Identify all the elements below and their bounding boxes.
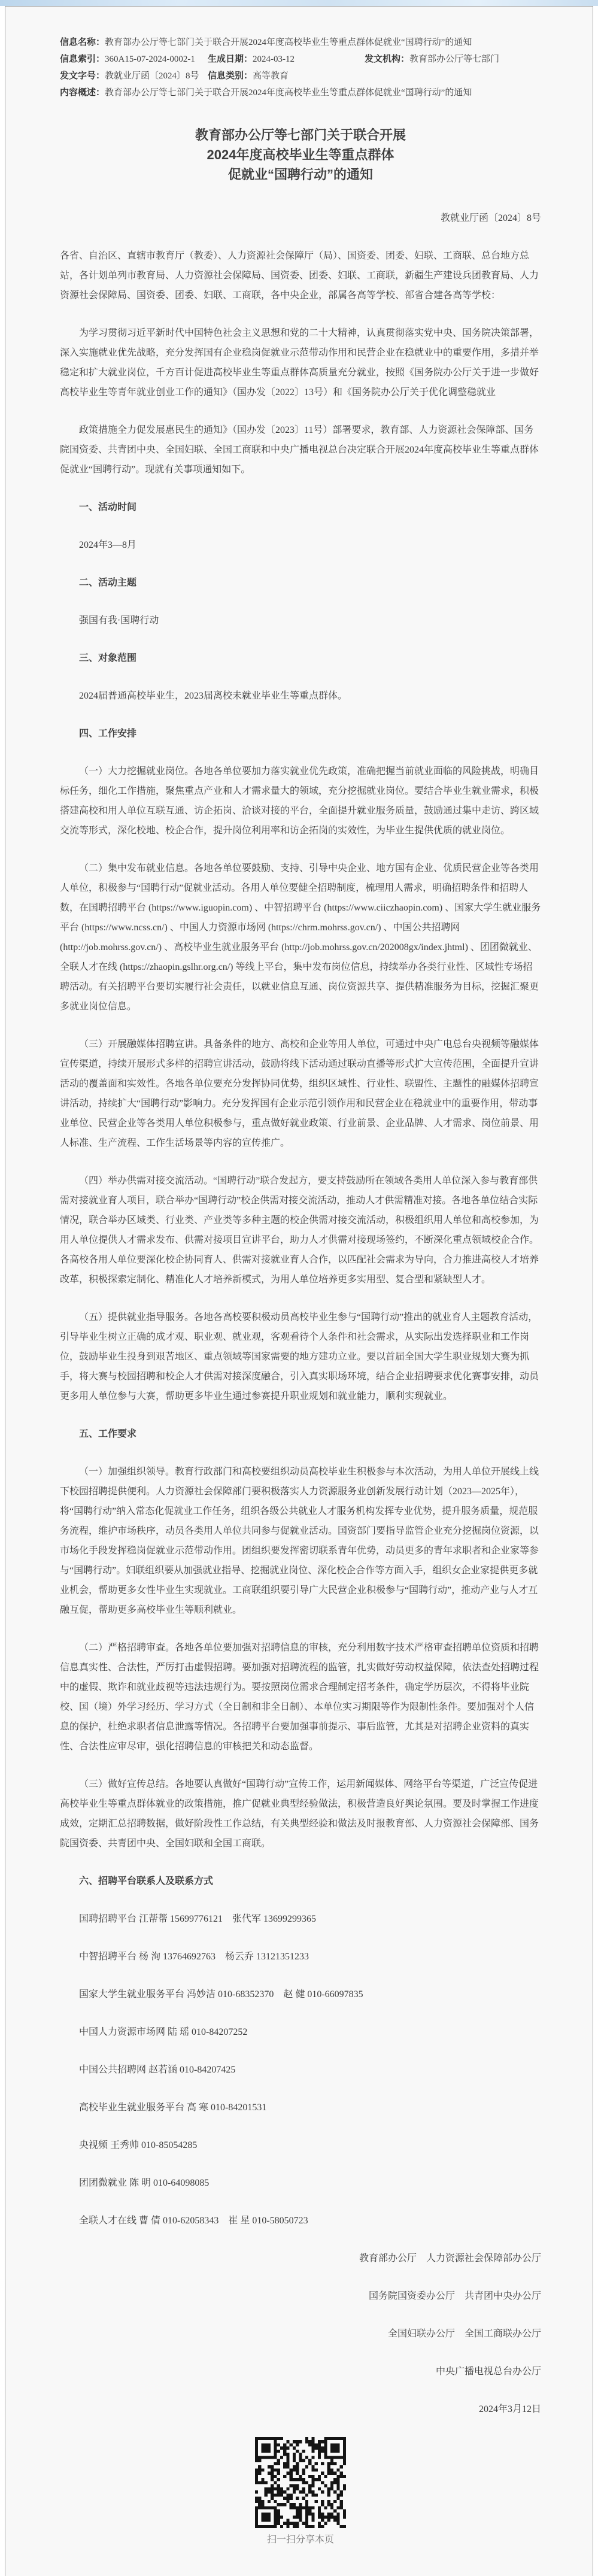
meta-docno-value: 教就业厅函〔2024〕8号 — [105, 68, 199, 84]
body-paragraph: 各省、自治区、直辖市教育厅（教委）、人力资源社会保障厅（局）、国资委、团委、妇联… — [60, 246, 541, 305]
meta-index-value: 360A15-07-2024-0002-1 — [105, 51, 195, 68]
section-heading: 六、招聘平台联系人及联系方式 — [60, 1871, 541, 1891]
body-paragraph: （五）提供就业指导服务。各地各高校要积极动员高校毕业生参与“国聘行动”推出的就业… — [60, 1307, 541, 1406]
meta-row-summary: 内容概述： 教育部办公厅等七部门关于联合开展2024年度高校毕业生等重点群体促就… — [60, 84, 541, 101]
signature-date: 2024年3月12日 — [60, 2399, 541, 2419]
page-title-line1: 教育部办公厅等七部门关于联合开展 — [60, 125, 541, 145]
section-heading: 三、对象范围 — [60, 648, 541, 668]
signature-line: 中央广播电视总台办公厅 — [60, 2362, 541, 2381]
meta-index-label: 信息索引： — [60, 51, 105, 68]
page-top-banner-strip — [0, 0, 598, 6]
body-paragraph: 中国公共招聘网 赵若涵 010-84207425 — [60, 2060, 541, 2080]
page-title: 教育部办公厅等七部门关于联合开展 2024年度高校毕业生等重点群体 促就业“国聘… — [60, 125, 541, 184]
section-heading: 五、工作要求 — [60, 1424, 541, 1444]
qr-section: 扫一扫分享本页 — [60, 2437, 541, 2547]
meta-org-value: 教育部办公厅等七部门 — [409, 51, 499, 68]
body-paragraph: （三）做好宣传总结。各地要认真做好“国聘行动”宣传工作，运用新闻媒体、网络平台等… — [60, 1774, 541, 1853]
meta-summary-value: 教育部办公厅等七部门关于联合开展2024年度高校毕业生等重点群体促就业“国聘行动… — [105, 84, 472, 101]
meta-row-docno-category: 发文字号： 教就业厅函〔2024〕8号 信息类别： 高等教育 — [60, 68, 541, 84]
body-paragraph: 央视频 王秀帅 010-85054285 — [60, 2135, 541, 2155]
section-heading: 一、活动时间 — [60, 497, 541, 517]
document-body: 各省、自治区、直辖市教育厅（教委）、人力资源社会保障厅（局）、国资委、团委、妇联… — [60, 246, 541, 2231]
body-paragraph: 强国有我·国聘行动 — [60, 611, 541, 630]
signature-line: 全国妇联办公厅 全国工商联办公厅 — [60, 2324, 541, 2344]
signature-line: 教育部办公厅 人力资源社会保障部办公厅 — [60, 2249, 541, 2268]
meta-name-value: 教育部办公厅等七部门关于联合开展2024年度高校毕业生等重点群体促就业“国聘行动… — [105, 34, 472, 51]
meta-org-label: 发文机构： — [365, 51, 409, 68]
meta-category-label: 信息类别： — [208, 68, 253, 84]
meta-summary-label: 内容概述： — [60, 84, 105, 101]
body-paragraph: 政策措施全力促发展惠民生的通知》（国办发〔2023〕11号）部署要求，教育部、人… — [60, 420, 541, 480]
document-meta: 信息名称： 教育部办公厅等七部门关于联合开展2024年度高校毕业生等重点群体促就… — [60, 34, 541, 101]
meta-row-index-date-org: 信息索引： 360A15-07-2024-0002-1 生成日期： 2024-0… — [60, 51, 541, 68]
meta-row-name: 信息名称： 教育部办公厅等七部门关于联合开展2024年度高校毕业生等重点群体促就… — [60, 34, 541, 51]
meta-name-label: 信息名称： — [60, 34, 105, 51]
body-paragraph: 为学习贯彻习近平新时代中国特色社会主义思想和党的二十大精神，认真贯彻落实党中央、… — [60, 323, 541, 402]
body-paragraph: （一）大力挖掘就业岗位。各地各单位要加力落实就业优先政策，准确把握当前就业面临的… — [60, 761, 541, 841]
body-paragraph: （二）严格招聘审查。各地各单位要加强对招聘信息的审核，充分利用数字技术严格审查招… — [60, 1638, 541, 1756]
body-paragraph: 国聘招聘平台 江帮帮 15699776121 张代军 13699299365 — [60, 1909, 541, 1929]
signature-block: 教育部办公厅 人力资源社会保障部办公厅国务院国资委办公厅 共青团中央办公厅全国妇… — [60, 2249, 541, 2419]
meta-date-label: 生成日期： — [208, 51, 253, 68]
page-title-line2: 2024年度高校毕业生等重点群体 — [60, 145, 541, 165]
body-paragraph: 2024届普通高校毕业生，2023届离校未就业毕业生等重点群体。 — [60, 686, 541, 706]
body-paragraph: （四）举办供需对接交流活动。“国聘行动”联合发起方，要支持鼓励所在领域各类用人单… — [60, 1171, 541, 1289]
body-paragraph: 团团微就业 陈 明 010-64098085 — [60, 2173, 541, 2193]
meta-date-value: 2024-03-12 — [253, 51, 295, 68]
signature-line: 国务院国资委办公厅 共青团中央办公厅 — [60, 2286, 541, 2306]
body-paragraph: 高校毕业生就业服务平台 高 寒 010-84201531 — [60, 2098, 541, 2117]
page-title-line3: 促就业“国聘行动”的通知 — [60, 165, 541, 184]
section-heading: 二、活动主题 — [60, 573, 541, 593]
body-paragraph: （二）集中发布就业信息。各地各单位要鼓励、支持、引导中央企业、地方国有企业、优质… — [60, 858, 541, 1017]
body-paragraph: 中智招聘平台 杨 洵 13764692763 杨云乔 13121351233 — [60, 1947, 541, 1967]
section-heading: 四、工作安排 — [60, 724, 541, 744]
body-paragraph: 中国人力资源市场网 陆 瑶 010-84207252 — [60, 2022, 541, 2042]
meta-docno-label: 发文字号： — [60, 68, 105, 84]
qr-caption: 扫一扫分享本页 — [60, 2533, 541, 2547]
body-paragraph: 全联人才在线 曹 倩 010-62058343 崔 星 010-58050723 — [60, 2211, 541, 2231]
document-number: 教就业厅函〔2024〕8号 — [60, 208, 541, 228]
body-paragraph: 国家大学生就业服务平台 冯妙洁 010-68352370 赵 健 010-660… — [60, 1985, 541, 2004]
qr-code-icon — [255, 2437, 346, 2528]
body-paragraph: 2024年3—8月 — [60, 535, 541, 555]
meta-category-value: 高等教育 — [253, 68, 289, 84]
document-container: 信息名称： 教育部办公厅等七部门关于联合开展2024年度高校毕业生等重点群体促就… — [5, 6, 593, 2576]
body-paragraph: （一）加强组织领导。教育行政部门和高校要组织动员高校毕业生积极参与本次活动，为用… — [60, 1462, 541, 1620]
body-paragraph: （三）开展融媒体招聘宣讲。具备条件的地方、高校和企业等用人单位，可通过中央广电总… — [60, 1034, 541, 1153]
